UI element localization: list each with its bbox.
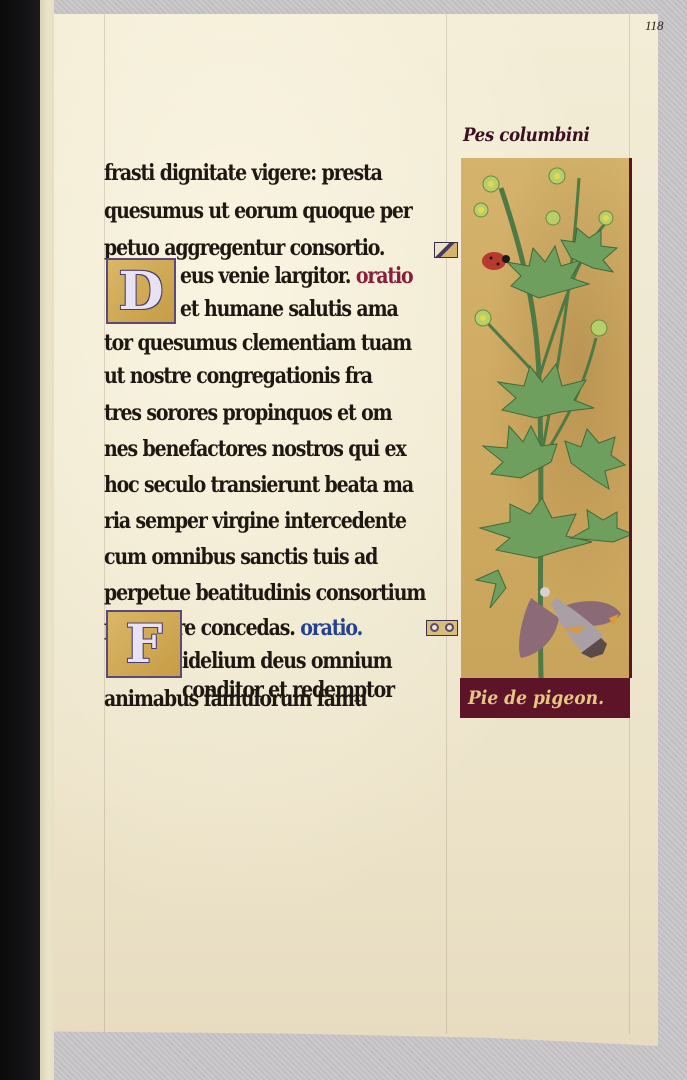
illustration-caption-bottom: Pie de pigeon. xyxy=(468,687,604,709)
rubric-oratio-blue: oratio. xyxy=(300,615,362,641)
text-line: quesumus ut eorum quoque per xyxy=(104,198,412,224)
illustration-caption-band: Pie de pigeon. xyxy=(460,678,630,718)
text-line: eus venie largitor. oratio xyxy=(180,263,413,289)
text-line: hoc seculo transierunt beata ma xyxy=(104,472,413,498)
text-line: idelium deus omnium xyxy=(182,648,392,674)
text-line: et humane salutis ama xyxy=(180,296,398,322)
text-line: ut nostre congregationis fra xyxy=(104,363,372,389)
binding-edge xyxy=(40,0,54,1080)
initial-letter: D xyxy=(118,261,163,322)
text-segment: eus venie largitor. xyxy=(180,263,350,289)
folio-number: 118 xyxy=(645,18,664,34)
botanical-illustration xyxy=(461,158,632,678)
rubric-oratio: oratio xyxy=(356,263,413,289)
line-filler-ornament xyxy=(434,242,458,258)
illuminated-initial-d: D xyxy=(106,258,176,324)
text-line: tres sorores propinquos et om xyxy=(104,400,392,426)
text-line: perpetue beatitudinis consortium xyxy=(104,580,425,606)
book-binding xyxy=(0,0,40,1080)
text-line: cum omnibus sanctis tuis ad xyxy=(104,544,377,570)
plant-drawing xyxy=(461,158,629,678)
text-line: frasti dignitate vigere: presta xyxy=(104,160,382,186)
line-filler-ornament xyxy=(426,620,458,636)
illuminated-initial-f: F xyxy=(106,610,182,678)
initial-letter: F xyxy=(126,614,163,675)
text-line: nes benefactores nostros qui ex xyxy=(104,436,406,462)
ruling-line xyxy=(446,14,447,1034)
text-line: animabus famulorum famu xyxy=(104,686,366,712)
text-line: tor quesumus clementiam tuam xyxy=(104,330,411,356)
illustration-caption-top: Pes columbini xyxy=(463,124,589,146)
text-line: ria semper virgine intercedente xyxy=(104,508,406,534)
